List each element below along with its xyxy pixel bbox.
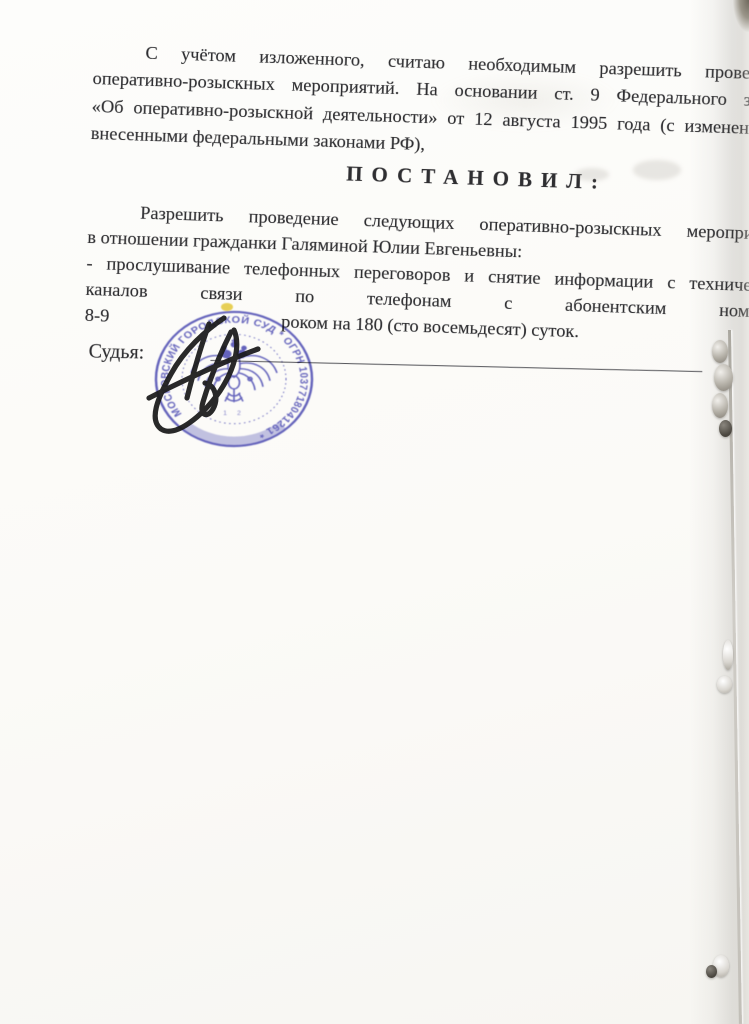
judge-signature — [122, 296, 292, 441]
binding-bead — [706, 965, 717, 978]
binding-bead — [723, 640, 733, 670]
scanned-court-order-page: С учётом изложенного, считаю необходимым… — [0, 0, 749, 1024]
page-curl-shadow — [689, 0, 749, 1024]
binding-bead — [714, 364, 733, 391]
yellow-highlight-mark — [221, 303, 233, 311]
smudge-mark — [575, 168, 609, 181]
smudge-mark — [633, 160, 681, 180]
phone-prefix: 8-9 — [84, 302, 109, 329]
binding-bead — [717, 676, 732, 693]
page-corner-curl — [733, 0, 749, 32]
binding-bead — [719, 420, 732, 437]
paragraph-intro: С учётом изложенного, считаю необходимым… — [90, 38, 749, 171]
binding-bead — [712, 393, 728, 418]
binding-bead — [712, 340, 728, 363]
